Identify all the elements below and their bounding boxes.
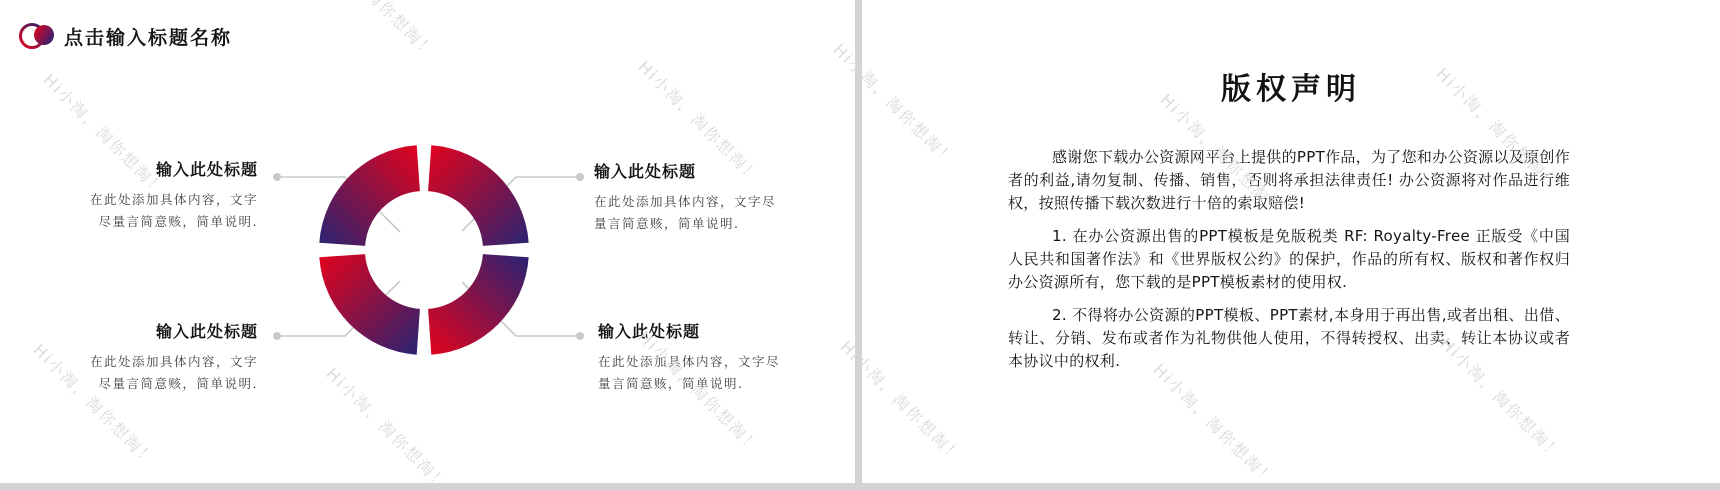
donut-diagram (0, 0, 855, 483)
info-block-title: 输入此处标题 (78, 322, 258, 342)
donut-segment-top-right (428, 145, 529, 246)
info-block-bottom-right: 输入此处标题 在此处添加具体内容，文字尽量言简意赅，简单说明. (598, 322, 784, 395)
info-block-title: 输入此处标题 (78, 160, 258, 180)
connector-dot (576, 332, 584, 340)
bottom-frame-bar (0, 483, 1720, 490)
info-block-top-right: 输入此处标题 在此处添加具体内容，文字尽量言简意赅，简单说明. (594, 162, 780, 235)
info-block-bottom-left: 输入此处标题 在此处添加具体内容，文字尽量言简意赅，简单说明. (78, 322, 258, 395)
copyright-paragraph: 1. 在办公资源出售的PPT模板是免版税类 RF: Royalty-Free 正… (1008, 225, 1570, 294)
slide-title: 点击输入标题名称 (64, 23, 232, 50)
slide-right: 版权声明 感谢您下载办公资源网平台上提供的PPT作品，为了您和办公资源以及原创作… (862, 0, 1720, 483)
connector-dot (576, 173, 584, 181)
donut-segment-bottom-right (428, 254, 529, 355)
copyright-body: 感谢您下载办公资源网平台上提供的PPT作品，为了您和办公资源以及原创作者的利益,… (1008, 146, 1570, 383)
slide-left: 点击输入标题名称 (0, 0, 855, 483)
info-block-body: 在此处添加具体内容，文字尽量言简意赅，简单说明. (78, 351, 258, 395)
brand-logo-icon (16, 18, 56, 54)
info-block-top-left: 输入此处标题 在此处添加具体内容，文字尽量言简意赅，简单说明. (78, 160, 258, 233)
slide-left-header: 点击输入标题名称 (16, 18, 232, 54)
copyright-paragraph: 感谢您下载办公资源网平台上提供的PPT作品，为了您和办公资源以及原创作者的利益,… (1008, 146, 1570, 215)
info-block-body: 在此处添加具体内容，文字尽量言简意赅，简单说明. (598, 351, 784, 395)
slide-divider (855, 0, 862, 483)
info-block-body: 在此处添加具体内容，文字尽量言简意赅，简单说明. (78, 189, 258, 233)
info-block-title: 输入此处标题 (598, 322, 784, 342)
connector-dot (273, 332, 281, 340)
copyright-title: 版权声明 (862, 64, 1720, 108)
info-block-title: 输入此处标题 (594, 162, 780, 182)
info-block-body: 在此处添加具体内容，文字尽量言简意赅，简单说明. (594, 191, 780, 235)
donut-segment-top-left (319, 145, 420, 246)
copyright-paragraph: 2. 不得将办公资源的PPT模板、PPT素材,本身用于再出售,或者出租、出借、转… (1008, 304, 1570, 373)
connector-dot (273, 173, 281, 181)
donut-segment-bottom-left (319, 254, 420, 355)
